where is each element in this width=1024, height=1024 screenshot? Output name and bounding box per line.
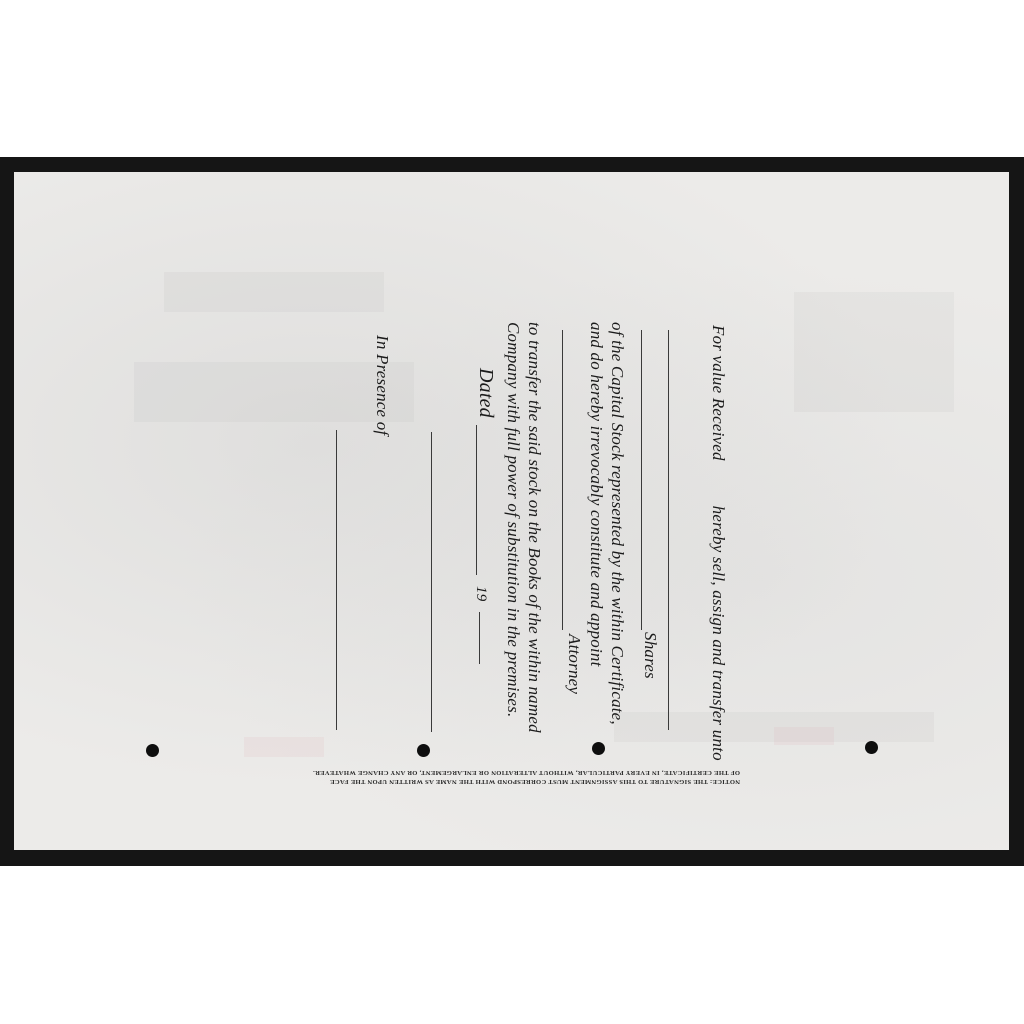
signature-notice: Notice: The signature to this assignment… [300,768,740,786]
assignment-line-6: to transfer the said stock on the Books … [524,322,544,733]
show-through-red-number [244,737,324,757]
punch-hole [865,741,878,754]
date-line [476,425,477,575]
for-value-received-text: For value Received [709,325,728,461]
notice-line-1: Notice: The signature to this assignment… [300,777,740,786]
dated-label: Dated [474,368,497,418]
shares-label: Shares [640,632,660,679]
assignment-line-3: of the Capital Stock represented by the … [607,322,627,725]
assignee-name-line [668,330,669,730]
punch-hole [417,744,430,757]
show-through-heading [164,272,384,312]
attorney-label: Attorney [564,634,584,694]
year-prefix: 19 [472,586,489,601]
witness-label: In Presence of [372,335,392,435]
notice-line-2: of the certificate, in every particular,… [300,768,740,777]
show-through-red-number-2 [774,727,834,745]
sell-assign-transfer-text: hereby sell, assign and transfer unto [709,506,728,761]
shares-number-line [641,330,642,630]
witness-signature-line [336,430,337,730]
punch-hole [592,742,605,755]
assignment-line-7: Company with full power of substitution … [503,322,523,717]
show-through-vignette [794,292,954,412]
signature-line [431,432,432,732]
year-line [479,612,480,664]
assignment-line-1: For value Received hereby sell, assign a… [708,325,728,761]
attorney-name-line [562,330,563,630]
punch-hole [146,744,159,757]
assignment-line-4: and do hereby irrevocably constitute and… [586,322,606,667]
